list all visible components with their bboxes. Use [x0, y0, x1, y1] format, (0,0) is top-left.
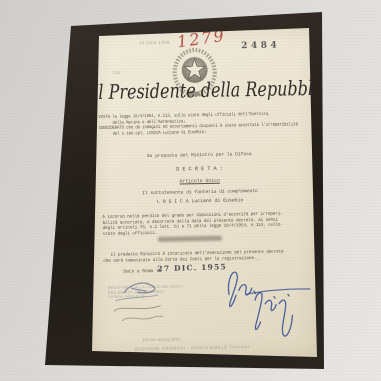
- minister-signature-icon: [255, 292, 293, 337]
- ink-signatures: [216, 263, 314, 345]
- proposal-line: Su proposta del Ministro per la Difesa: [93, 151, 305, 160]
- decree-title: Il Presidente della Repubblica: [92, 75, 337, 104]
- pencil-mark: Cav: [113, 70, 121, 75]
- decree-content: 16 GEN 1956 1279 2484 Cav: [89, 25, 321, 360]
- pencil-annotation-1: (firme autografe): [143, 336, 181, 342]
- president-signature-icon: [228, 272, 256, 307]
- pencil-annotation-2: GIOVANNI GRONCHI - PAOLO EMILIO TAVIANI: [135, 344, 250, 351]
- protocol-number-stamp: 2484: [241, 41, 280, 52]
- execution-clause-text: Il predetto Ministro è incaricato dell'e…: [103, 250, 284, 265]
- decreta-word: D E C R E T A :: [94, 164, 306, 174]
- subject-name-line: L O S I C A Luciano di Eusebio: [94, 197, 306, 206]
- photo-scene: 16 GEN 1956 1279 2484 Cav: [0, 0, 381, 381]
- registration-handwriting-icon: [102, 277, 203, 329]
- subject-intro-line: Il sottotenente di fanteria di complemen…: [94, 188, 306, 197]
- received-date-stamp: 16 GEN 1956: [139, 40, 170, 46]
- preamble-text: VISTA la legge 10/4/1954, n.113, sullo s…: [98, 111, 298, 138]
- dateline-prefix: Dato a Roma lì: [123, 269, 161, 275]
- decree-document: 16 GEN 1956 1279 2484 Cav: [92, 27, 318, 358]
- blurred-redacted-line: [158, 236, 222, 242]
- article-heading: Articolo Unico: [94, 177, 306, 186]
- decree-body-text: è incorso nella perdita del grado per di…: [102, 212, 283, 238]
